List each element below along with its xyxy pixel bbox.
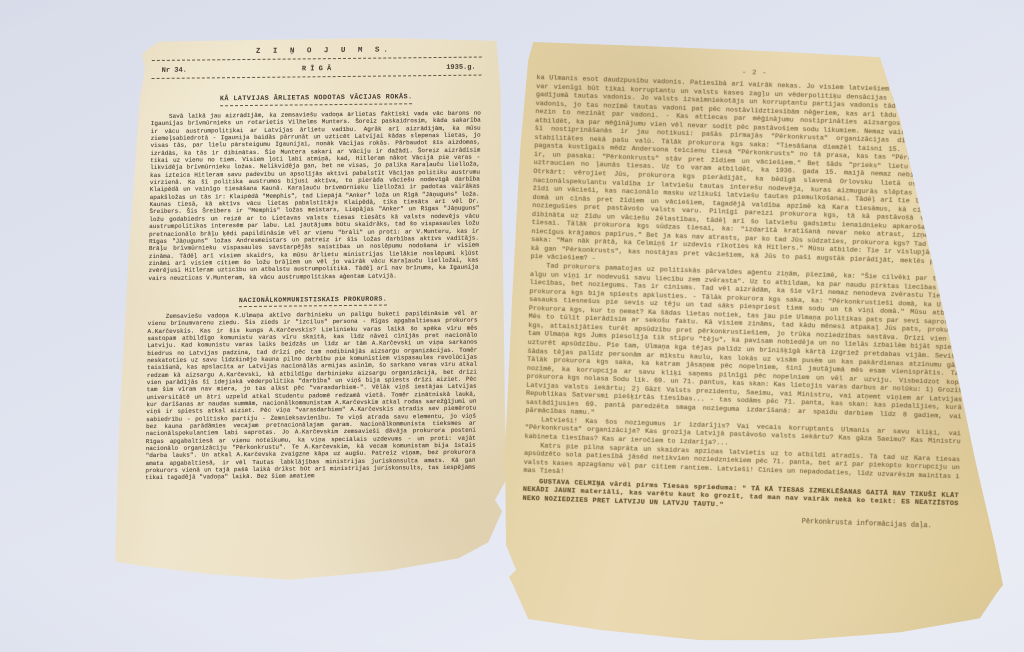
city-label: R Ī G Ā bbox=[302, 65, 332, 73]
article-headline: KĀ LATVIJAS ĀRLIETAS NODOTAS VĀCIJAS ROK… bbox=[220, 93, 413, 106]
left-document-page: Z I Ņ O J U M S. Nr 34. R Ī G Ā 1935.g. … bbox=[112, 33, 506, 599]
article-paragraph-1: Savā laikā jau aizrādījām, ka zemsaviešu… bbox=[148, 110, 481, 282]
section-heading-wrap: NACIONĀLKOMMUNISTISKAIS PROKURORS. bbox=[148, 287, 478, 308]
article-paragraph-2: Zemsaviešu vadoņa K.Ulmaņa aktīvo darbin… bbox=[145, 310, 478, 482]
headline-wrap: KĀ LATVIJAS ĀRLIETAS NODOTAS VĀCIJAS ROK… bbox=[151, 85, 481, 107]
photograph-of-documents: Z I Ņ O J U M S. Nr 34. R Ī G Ā 1935.g. … bbox=[0, 0, 1024, 652]
body-paragraph-2: Tad prokurors pamatojas uz politiskās pā… bbox=[525, 262, 966, 430]
year-label: 1935.g. bbox=[446, 64, 476, 72]
issue-row: Nr 34. R Ī G Ā 1935.g. bbox=[152, 61, 482, 76]
right-document-page: - 2 - ka Ulmanis esot daudzpusību vadoni… bbox=[503, 36, 1007, 642]
section-heading: NACIONĀLKOMMUNISTISKAIS PROKURORS. bbox=[239, 295, 387, 307]
body-paragraph-1: ka Ulmanis esot daudzpusību vadonis. Pat… bbox=[530, 74, 972, 276]
left-page-content: Z I Ņ O J U M S. Nr 34. R Ī G Ā 1935.g. … bbox=[145, 46, 482, 482]
issue-number: Nr 34. bbox=[162, 67, 187, 75]
right-page-content: - 2 - ka Ulmanis esot daudzpusību vadoni… bbox=[522, 62, 973, 532]
masthead-title: Z I Ņ O J U M S. bbox=[166, 46, 482, 57]
